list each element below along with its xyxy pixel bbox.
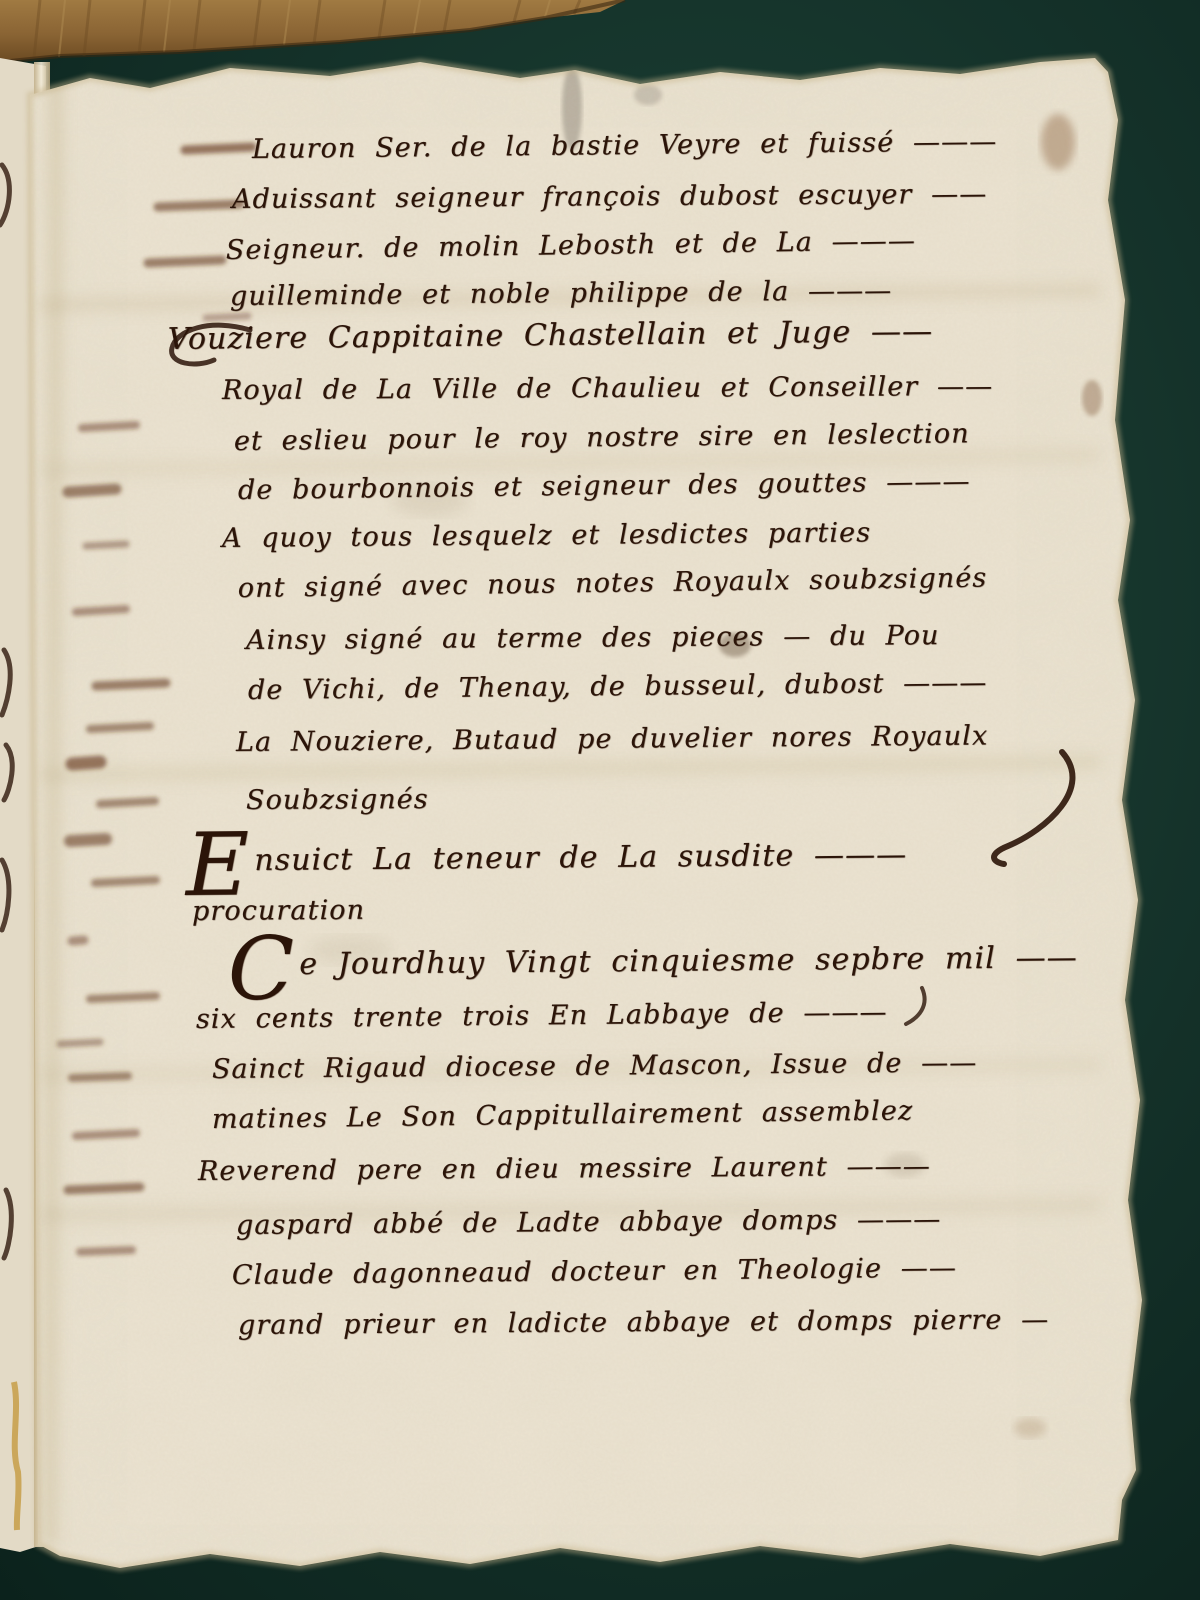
binding-cord — [14, 1382, 19, 1530]
photo-background — [0, 0, 1200, 1600]
manuscript-photo: Lauron Ser. de la bastie Veyre et fuissé… — [0, 0, 1200, 1600]
manuscript-page — [0, 40, 1200, 1600]
